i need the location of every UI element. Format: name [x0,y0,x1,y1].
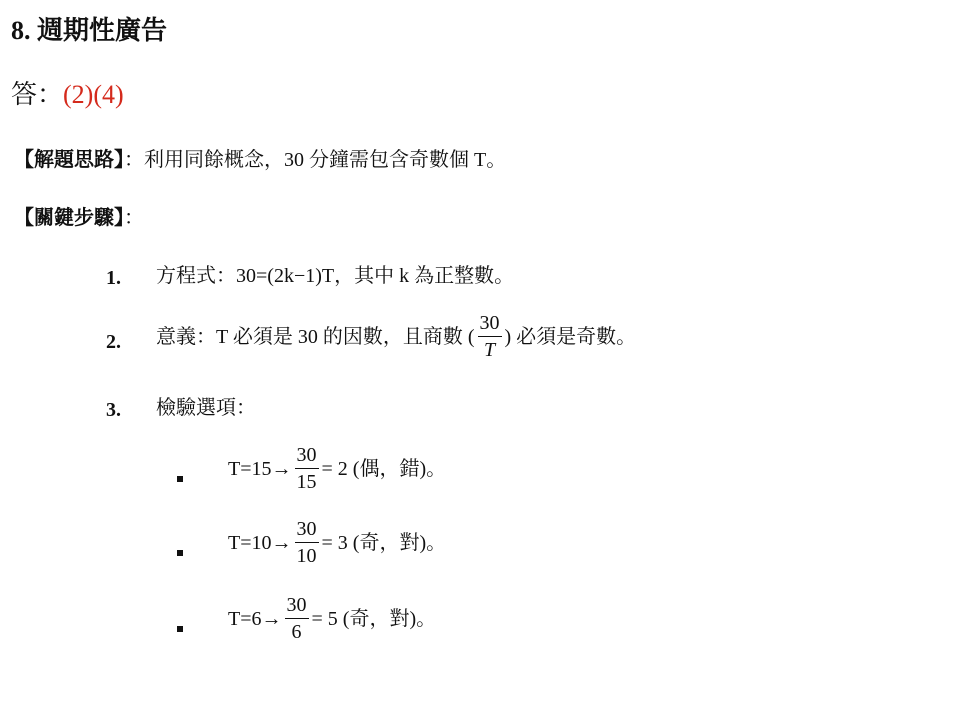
check-result: = 3 (奇，對)。 [322,532,447,554]
check-prefix: T=15→ [228,458,292,480]
step-number-2: 2. [106,328,121,356]
answer-value: (2)(4) [63,80,124,109]
key-steps-header: 【關鍵步驟】 [14,207,124,229]
fraction-numerator: 30 [295,516,319,543]
step-text-1: 方程式：30=(2k−1)T，其中 k 為正整數。 [156,262,514,290]
key-steps-section: 【關鍵步驟】： [14,204,144,232]
step-number-3: 3. [106,396,121,424]
check-item-3: T=6→306= 5 (奇，對)。 [228,594,436,647]
question-title: 8. 週期性廣告 [11,14,167,48]
bullet-square-icon [177,550,183,556]
fraction-denominator: T [482,337,497,363]
step-2-text-before: 意義：T 必須是 30 的因數，且商數 ( [156,326,475,348]
check-item-2: T=10→3010= 3 (奇，對)。 [228,518,446,571]
fraction-denominator: 6 [290,619,304,645]
fraction-denominator: 15 [295,469,319,495]
step-number-1: 1. [106,264,121,292]
bullet-square-icon [177,626,183,632]
fraction-numerator: 30 [478,310,502,337]
check-fraction: 3010 [295,516,319,569]
check-prefix: T=10→ [228,532,292,554]
fraction-numerator: 30 [285,592,309,619]
step-2-text-after: ) 必須是奇數。 [505,326,637,348]
step-text-2: 意義：T 必須是 30 的因數，且商數 (30T) 必須是奇數。 [156,312,636,365]
approach-section: 【解題思路】：利用同餘概念，30 分鐘需包含奇數個 T。 [14,146,506,174]
bullet-square-icon [177,476,183,482]
check-item-1: T=15→3015= 2 (偶，錯)。 [228,444,446,497]
fraction-numerator: 30 [295,442,319,469]
check-fraction: 306 [285,592,309,645]
key-steps-colon: ： [124,207,144,229]
check-result: = 2 (偶，錯)。 [322,458,447,480]
approach-text: ：利用同餘概念，30 分鐘需包含奇數個 T。 [124,149,506,171]
check-prefix: T=6→ [228,608,282,630]
fraction-30-over-T: 30T [478,310,502,363]
answer-line: 答：(2)(4) [11,78,124,112]
check-result: = 5 (奇，對)。 [312,608,437,630]
check-fraction: 3015 [295,442,319,495]
answer-label: 答： [11,80,63,109]
approach-header: 【解題思路】 [14,149,124,171]
fraction-denominator: 10 [295,543,319,569]
step-text-3: 檢驗選項： [156,394,256,422]
